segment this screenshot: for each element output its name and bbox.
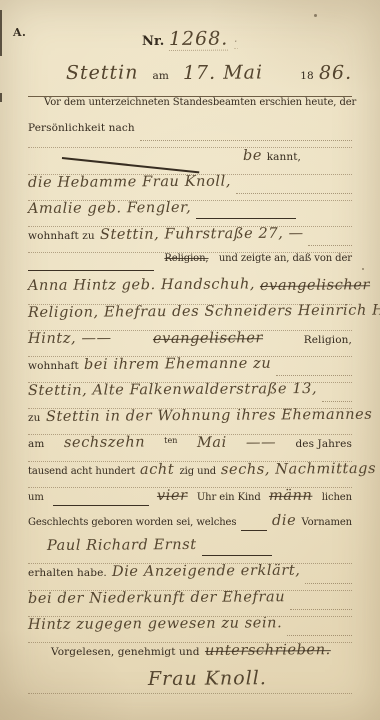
ruled-fill (28, 148, 238, 173)
printed-text: 18 (300, 70, 314, 82)
printed-text: Persönlichkeit nach (28, 122, 135, 134)
scan-edge-mark (0, 93, 2, 102)
handwritten-text: · (234, 35, 238, 49)
ink-line (241, 530, 267, 531)
handwritten-text: Stettin, Alte Falkenwalderstraße 13, (28, 381, 317, 399)
printed-text: wohnhaft zu (28, 230, 95, 242)
handwritten-text: Stettin, Fuhrstraße 27, — (100, 226, 304, 243)
handwritten-text: Hintz zugegen gewesen zu sein. (28, 615, 282, 633)
form-letter-label: A. (13, 26, 26, 39)
handwritten-text: Hintz, —— (28, 330, 112, 347)
child-name-line: Paul Richard Ernst (28, 538, 352, 564)
printed-text: tausend acht hundert (28, 466, 135, 477)
residence-line: wohnhaft zuStettin, Fuhrstraße 27, — (28, 227, 352, 253)
paper-speck (362, 268, 364, 270)
printed-text: Religion, (164, 253, 208, 264)
declaration3-line: Hintz zugegen gewesen zu sein. (28, 617, 352, 643)
ruled-fill (305, 583, 352, 584)
declaration-line: erhalten habe.Die Anzeigende erklärt, (28, 564, 352, 590)
handwritten-text: be (242, 148, 261, 164)
handwritten-text: Stettin (66, 61, 139, 84)
ruled-fill (276, 375, 352, 376)
printed-text: Vorgelesen, genehmigt und (51, 646, 200, 658)
handwritten-text: sechs, Nachmittags (221, 461, 376, 478)
gender-line: Geschlechts geboren worden sei, welchesd… (28, 513, 352, 538)
handwritten-text: bei der Niederkunft der Ehefrau (28, 589, 285, 607)
printed-text: lichen (322, 492, 352, 503)
signature-line: Frau Knoll. (28, 668, 352, 694)
handwritten-text: 86. (319, 62, 352, 84)
handwritten-text: männ (269, 488, 313, 504)
scan-edge-mark (0, 10, 2, 56)
handwritten-text: die (272, 513, 296, 529)
printed-text: Religion, (304, 334, 352, 346)
printed-text: um (28, 492, 44, 503)
birth-year-line: tausend acht hundertachtzig undsechs, Na… (28, 462, 352, 488)
handwritten-text: 1268. (169, 28, 229, 51)
printed-text: und zeigte an, daß von der (219, 253, 352, 264)
mother-name-line: Anna Hintz geb. Handschuh,evangelischer (28, 278, 352, 304)
maiden-name-line: Amalie geb. Fengler, (28, 201, 352, 227)
handwritten-text: —— (246, 435, 276, 451)
ruled-fill (140, 140, 352, 141)
blank-line (28, 694, 352, 720)
handwritten-text: Religion, Ehefrau des Schneiders Heinric… (28, 302, 380, 321)
bekannt-line: bekannt, (28, 148, 352, 174)
handwritten-text: sechszehn (64, 435, 145, 452)
midwife-name-line: die Hebamme Frau Knoll, (28, 175, 352, 201)
ink-line (53, 505, 149, 506)
diagonal-stroke (61, 157, 199, 173)
handwritten-text: vier (157, 488, 188, 504)
ruled-fill (308, 245, 352, 246)
ruled-fill (322, 401, 352, 402)
printed-text: Vornamen (301, 517, 352, 528)
father-religion-line: Hintz, ——evangelischerReligion, (28, 331, 352, 357)
birthplace-line: zuStettin in der Wohnung ihres Ehemannes (28, 409, 352, 435)
ink-line (28, 270, 154, 271)
personality-line: Persönlichkeit nach (28, 122, 352, 148)
handwritten-text: Mai (197, 435, 227, 451)
intro-line: Vor dem unterzeichneten Standesbeamten e… (28, 97, 352, 122)
ink-line (202, 555, 272, 556)
handwritten-text: unterschrieben. (204, 642, 330, 659)
ruled-fill (236, 193, 352, 194)
birth-time-line: umvierUhr ein Kindmännlichen (28, 488, 352, 513)
handwritten-text: Die Anzeigende erklärt, (112, 563, 301, 580)
printed-text: des Jahres (295, 438, 352, 450)
printed-text: Uhr ein Kind (197, 492, 261, 503)
handwritten-text: 17. Mai (183, 61, 263, 84)
handwritten-text: Stettin in der Wohnung ihres Ehemannes (45, 407, 372, 425)
handwritten-text: evangelischer (153, 330, 263, 347)
handwritten-text: Paul Richard Ernst (47, 537, 197, 554)
ruled-fill (290, 609, 352, 610)
closing-line: Vorgelesen, genehmigt undunterschrieben. (28, 643, 352, 668)
father-name-line: Religion, Ehefrau des Schneiders Heinric… (28, 305, 352, 331)
handwritten-text: acht (140, 461, 174, 477)
printed-text: Nr. (142, 34, 164, 49)
printed-text: erhalten habe. (28, 567, 107, 579)
declaration2-line: bei der Niederkunft der Ehefrau (28, 591, 352, 617)
printed-text: kannt, (267, 151, 301, 163)
document-body: Nr.1268.·Stettinam17. Mai1886.Vor dem un… (28, 28, 352, 720)
handwritten-text: bei ihrem Ehemanne zu (84, 356, 271, 373)
record-number-row: Nr.1268.· (28, 28, 352, 54)
religion-notice-line: Religion,und zeigte an, daß von der (28, 253, 352, 278)
husband-address-line: Stettin, Alte Falkenwalderstraße 13, (28, 383, 352, 409)
handwritten-text: evangelischer (260, 278, 370, 295)
printed-text: zu (28, 412, 41, 424)
handwritten-text: Amalie geb. Fengler, (28, 200, 191, 217)
printed-text: wohnhaft (28, 360, 79, 372)
dateline-row: Stettinam17. Mai1886. (28, 62, 352, 97)
ink-line (196, 218, 296, 219)
handwritten-text: Anna Hintz geb. Handschuh, (28, 277, 255, 295)
ruled-fill (287, 635, 352, 636)
printed-text: am (28, 438, 44, 450)
printed-text: am (153, 70, 169, 82)
handwritten-text: die Hebamme Frau Knoll, (28, 173, 231, 190)
handwritten-text: Frau Knoll. (148, 667, 267, 690)
birth-date-line: amsechszehntenMai——des Jahres (28, 435, 352, 461)
residence-husband-line: wohnhaftbei ihrem Ehemanne zu (28, 357, 352, 383)
printed-text: zig und (179, 466, 216, 477)
printed-text: ten (164, 436, 177, 445)
printed-text: Vor dem unterzeichneten Standesbeamten e… (44, 97, 356, 108)
document-page: A. Nr.1268.·Stettinam17. Mai1886.Vor dem… (0, 0, 380, 720)
paper-speck (314, 14, 317, 17)
printed-text: Geschlechts geboren worden sei, welches (28, 517, 236, 528)
